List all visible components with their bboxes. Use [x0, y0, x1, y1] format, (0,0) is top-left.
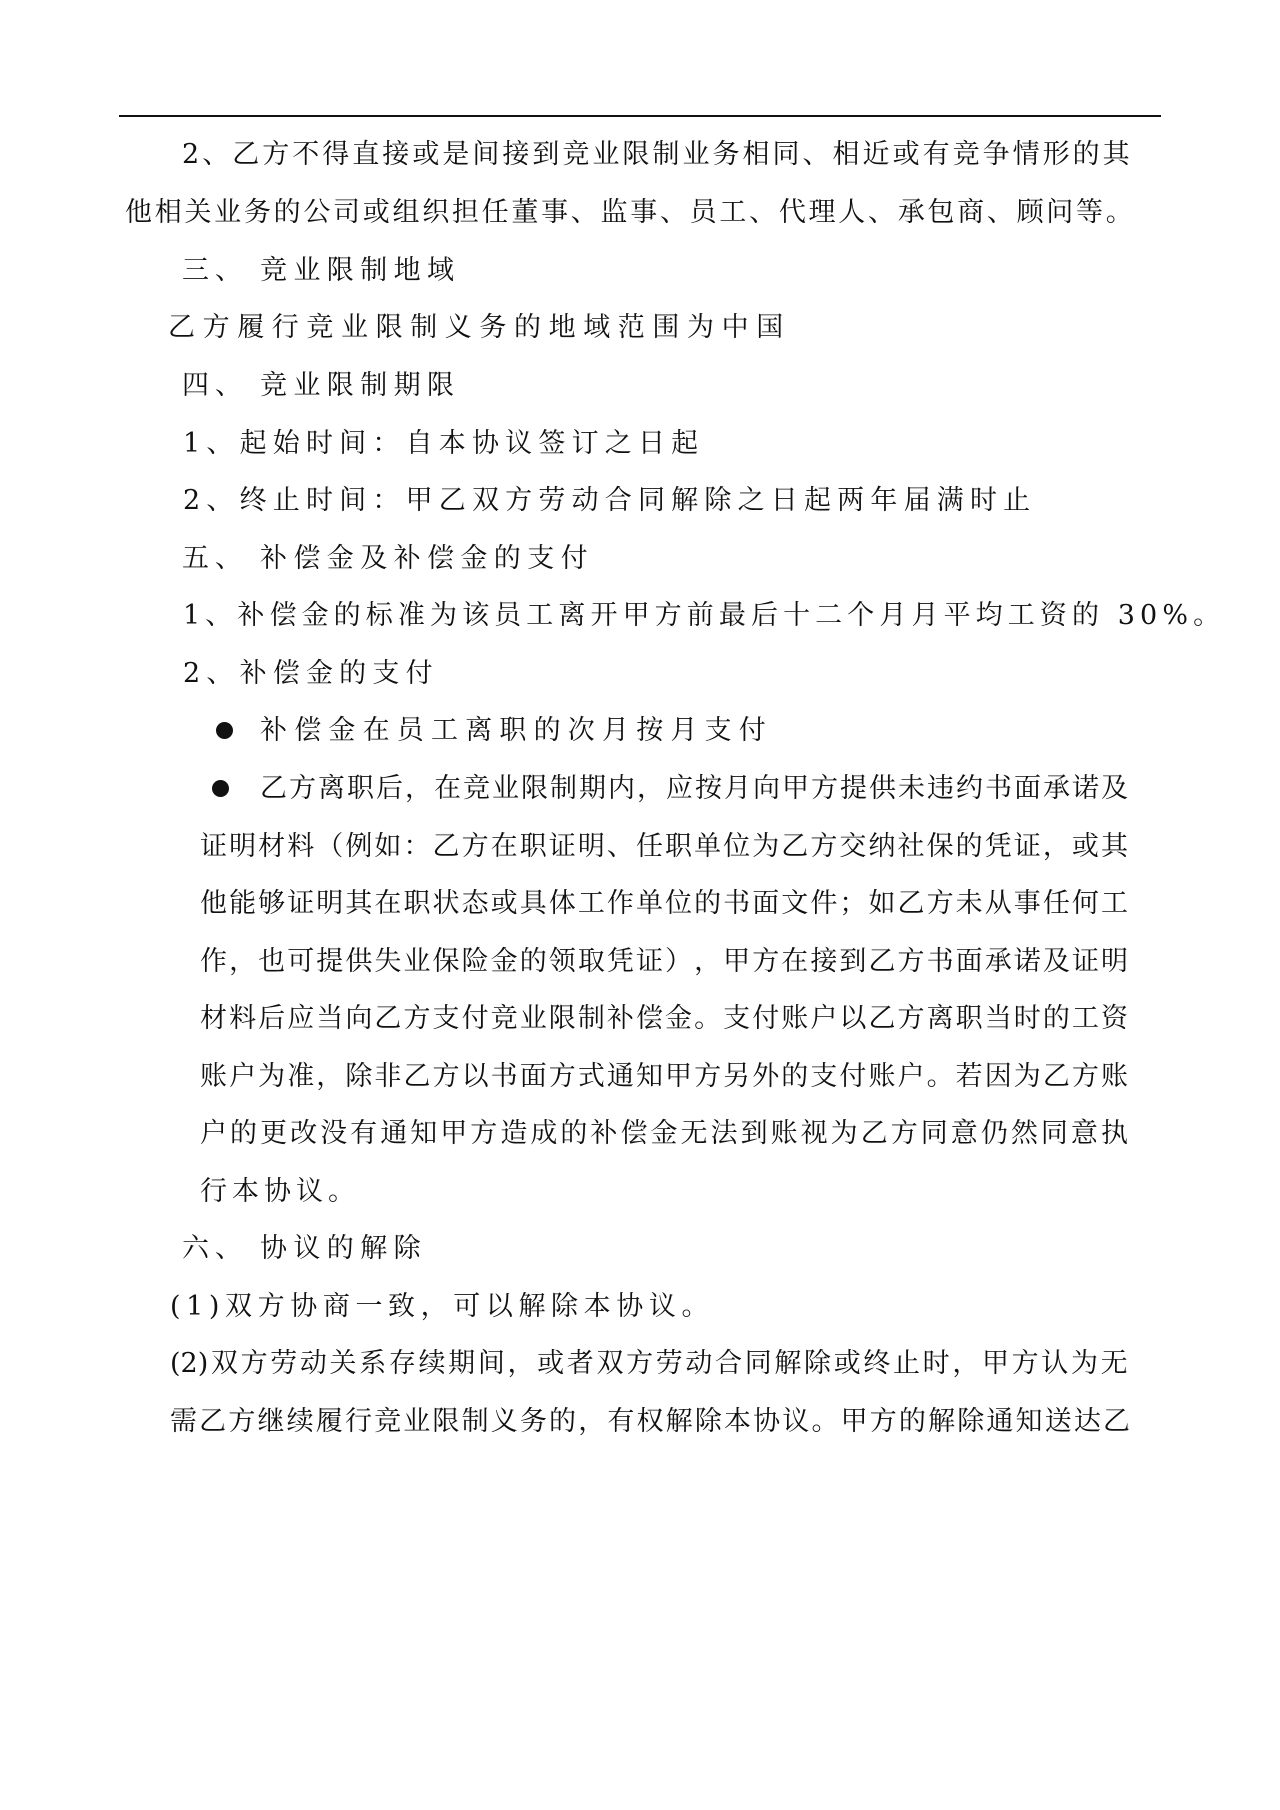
section-5-item-2: 2、补偿金的支付 [183, 657, 439, 691]
section-4-title: 竞业限制期限 [260, 370, 460, 401]
section-3-body: 乙方履行竞业限制义务的地域范围为中国 [168, 311, 791, 345]
section-5-bullet-2-line-2: 证明材料（例如：乙方在职证明、任职单位为乙方交纳社保的凭证，或其 [200, 830, 1128, 864]
section-3-number: 三、 [182, 254, 260, 288]
section-4-number: 四、 [182, 369, 260, 403]
section-5-heading: 五、补偿金及补偿金的支付 [182, 542, 594, 576]
section-5-bullet-2-line-1: 乙方离职后，在竞业限制期内，应按月向甲方提供未违约书面承诺及 [260, 772, 1128, 806]
section-5-bullet-2-line-5: 材料后应当向乙方支付竞业限制补偿金。支付账户以乙方离职当时的工资 [200, 1002, 1128, 1036]
section-4-item-2: 2、终止时间：甲乙双方劳动合同解除之日起两年届满时止 [183, 484, 1036, 518]
section-5-item-1: 1、补偿金的标准为该员工离开甲方前最后十二个月月平均工资的 30%。 [183, 599, 1225, 633]
section-5-bullet-2-line-6: 账户为准，除非乙方以书面方式通知甲方另外的支付账户。若因为乙方账 [200, 1060, 1128, 1094]
section-6-item-1: (1)双方协商一致，可以解除本协议。 [170, 1290, 714, 1324]
section-4-heading: 四、竞业限制期限 [182, 369, 460, 403]
section-6-item-2-line-2: 需乙方继续履行竞业限制义务的，有权解除本协议。甲方的解除通知送达乙 [170, 1405, 1130, 1439]
section-5-bullet-2-line-8: 行本协议。 [200, 1175, 360, 1209]
clause-2-line-1: 2、乙方不得直接或是间接到竞业限制业务相同、相近或有竞争情形的其 [182, 138, 1130, 172]
bullet-icon [216, 722, 233, 739]
clause-2-line-2: 他相关业务的公司或组织担任董事、监事、员工、代理人、承包商、顾问等。 [125, 196, 1133, 230]
header-rule [119, 115, 1161, 117]
section-5-title: 补偿金及补偿金的支付 [260, 543, 594, 574]
section-3-title: 竞业限制地域 [260, 255, 460, 286]
section-4-item-1: 1、起始时间：自本协议签订之日起 [183, 427, 704, 461]
section-6-heading: 六、协议的解除 [182, 1232, 427, 1266]
section-5-bullet-2-line-3: 他能够证明其在职状态或具体工作单位的书面文件；如乙方未从事任何工 [200, 887, 1128, 921]
section-3-heading: 三、竞业限制地域 [182, 254, 460, 288]
section-6-number: 六、 [182, 1232, 260, 1266]
section-5-bullet-1: 补偿金在员工离职的次月按月支付 [260, 714, 773, 748]
section-6-item-2-line-1: (2)双方劳动关系存续期间，或者双方劳动合同解除或终止时，甲方认为无 [170, 1347, 1128, 1381]
section-6-title: 协议的解除 [260, 1233, 427, 1264]
bullet-icon [212, 780, 229, 797]
section-5-number: 五、 [182, 542, 260, 576]
section-5-bullet-2-line-7: 户的更改没有通知甲方造成的补偿金无法到账视为乙方同意仍然同意执 [200, 1117, 1128, 1151]
section-5-bullet-2-line-4: 作，也可提供失业保险金的领取凭证），甲方在接到乙方书面承诺及证明 [200, 945, 1128, 979]
